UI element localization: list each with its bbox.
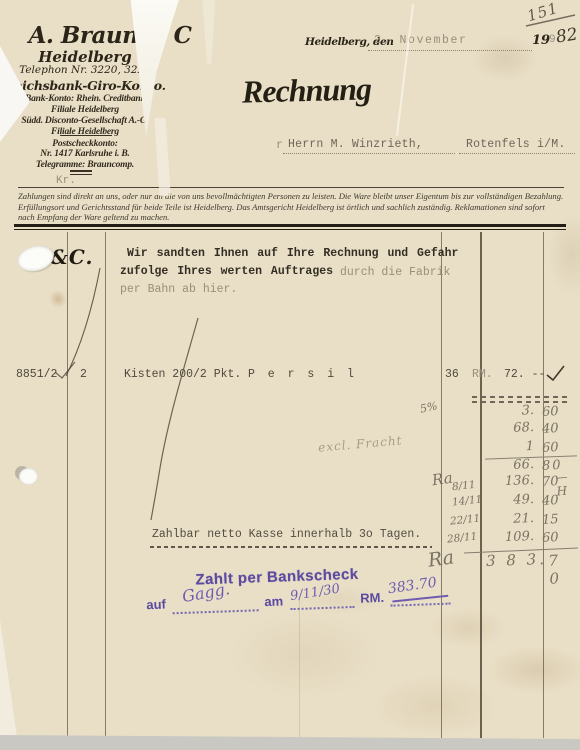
terms-top-rule [18, 187, 564, 188]
company-phone: Telephon Nr. 3220, 3221 [0, 64, 170, 76]
handwritten-year-note: 82 [555, 24, 580, 47]
postscheck-line: Postscheckkonto: [0, 139, 170, 149]
recipient-town-dotted-rule [459, 152, 575, 154]
double-dash-rule [472, 396, 568, 398]
recipient-name: Herrn M. Winzrieth, [288, 138, 423, 151]
payment-terms-dashed-rule [150, 546, 432, 548]
stamp-dotted-rule [390, 601, 450, 607]
pencil-amount-pf: 40 [542, 492, 579, 509]
bank-line: Südd. Disconto-Gesellschaft A.-G. [0, 116, 170, 126]
pencil-amount-rm: 68. [478, 420, 534, 437]
postscheck-number: Nr. 1417 Karlsruhe i. B. [0, 149, 170, 159]
item-order-number: 8851/2 [16, 368, 57, 381]
dateline-typed-date: 2. November [374, 34, 468, 47]
pencil-amount-pf: 40 [542, 420, 579, 437]
dateline-typed-digit: 9 [549, 34, 556, 46]
pencil-total-rm: 3 8 3. [486, 550, 548, 570]
pencil-ra-label: Ra [431, 469, 454, 490]
message-line-1: Wir sandten Ihnen auf Ihre Rechnung und … [127, 247, 458, 260]
stamp-auf-value: Gagg. [181, 579, 231, 606]
pencil-amount-pf: 60 [542, 439, 579, 456]
pencil-amount-rm: 136. [478, 473, 534, 490]
pencil-amount-rm: 21. [478, 511, 534, 528]
table-column-rule [105, 232, 106, 738]
item-amount: 72. -- [504, 368, 545, 381]
stamp-dotted-rule [290, 604, 354, 610]
pencil-amount-rm: 1 [478, 439, 534, 456]
page-title: Rechnung [242, 70, 372, 110]
bank-line: Bank-Konto: Rhein. Creditbank [0, 94, 170, 104]
pencil-amount-rm: 66. [478, 457, 534, 474]
pencil-total-pf: 7 0 [548, 550, 580, 588]
company-name: A. Braun & C [10, 22, 210, 49]
scanned-invoice-page: A. Braun & C Heidelberg Telephon Nr. 322… [0, 0, 580, 750]
stamp-rm-value: 383.70 [387, 575, 438, 598]
pencil-amount-pf: 15 [542, 511, 579, 528]
item-unit-count: 36 [445, 368, 459, 381]
terms-bottom-rule [14, 224, 566, 230]
item-description: Kisten 200/2 Pkt. [124, 368, 241, 381]
letterhead-underline [60, 135, 112, 136]
dateline-dotted-rule [368, 49, 532, 51]
terms-line: Erfüllungsort und Gerichtsstand für beid… [18, 202, 564, 213]
kr-note: Kr. [56, 175, 76, 187]
message-line-2: zufolge Ihres werten Auftrages [120, 265, 333, 278]
recipient-town: Rotenfels i/M. [466, 138, 565, 151]
stamp-auf-label: auf [146, 597, 166, 613]
punch-hole [19, 468, 38, 485]
message-line-3: per Bahn ab hier. [120, 283, 237, 296]
stamp-dotted-rule [173, 607, 259, 614]
item-quantity: 2 [80, 368, 87, 381]
pencil-amount-pf: 60 [542, 403, 579, 420]
payment-terms-line: Zahlbar netto Kasse innerhalb 3o Tagen. [152, 528, 421, 541]
typed-fragment: r [276, 139, 283, 152]
pencil-amount-rm: 109. [478, 529, 534, 546]
pencil-amount-rm: 3. [478, 403, 534, 420]
stamp-rm-label: RM. [360, 590, 384, 606]
table-column-rule [67, 232, 68, 738]
dateline-year-prefix: 19 [532, 33, 550, 48]
telegram-line: Telegramme: Brauncomp. [0, 160, 170, 170]
giro-konto-line: Reichsbank-Giro-Konto. [0, 78, 170, 93]
terms-line: nach Empfang der Ware geltend zu machen. [18, 212, 564, 223]
pencil-amount-pf: 60 [542, 529, 579, 546]
item-product: P e r s i l [248, 368, 357, 381]
stamp-am-label: am [264, 593, 283, 609]
recipient-dotted-rule [283, 152, 455, 154]
bank-line: Filiale Heidelberg [0, 105, 170, 115]
message-line-2-addendum: durch die Fabrik [340, 266, 450, 279]
item-currency: RM. [472, 368, 493, 381]
pencil-date: 8/11 [451, 479, 476, 493]
pencil-amount-rm: 49. [478, 492, 534, 509]
terms-line: Zahlungen sind direkt an uns, oder nur a… [18, 191, 564, 202]
